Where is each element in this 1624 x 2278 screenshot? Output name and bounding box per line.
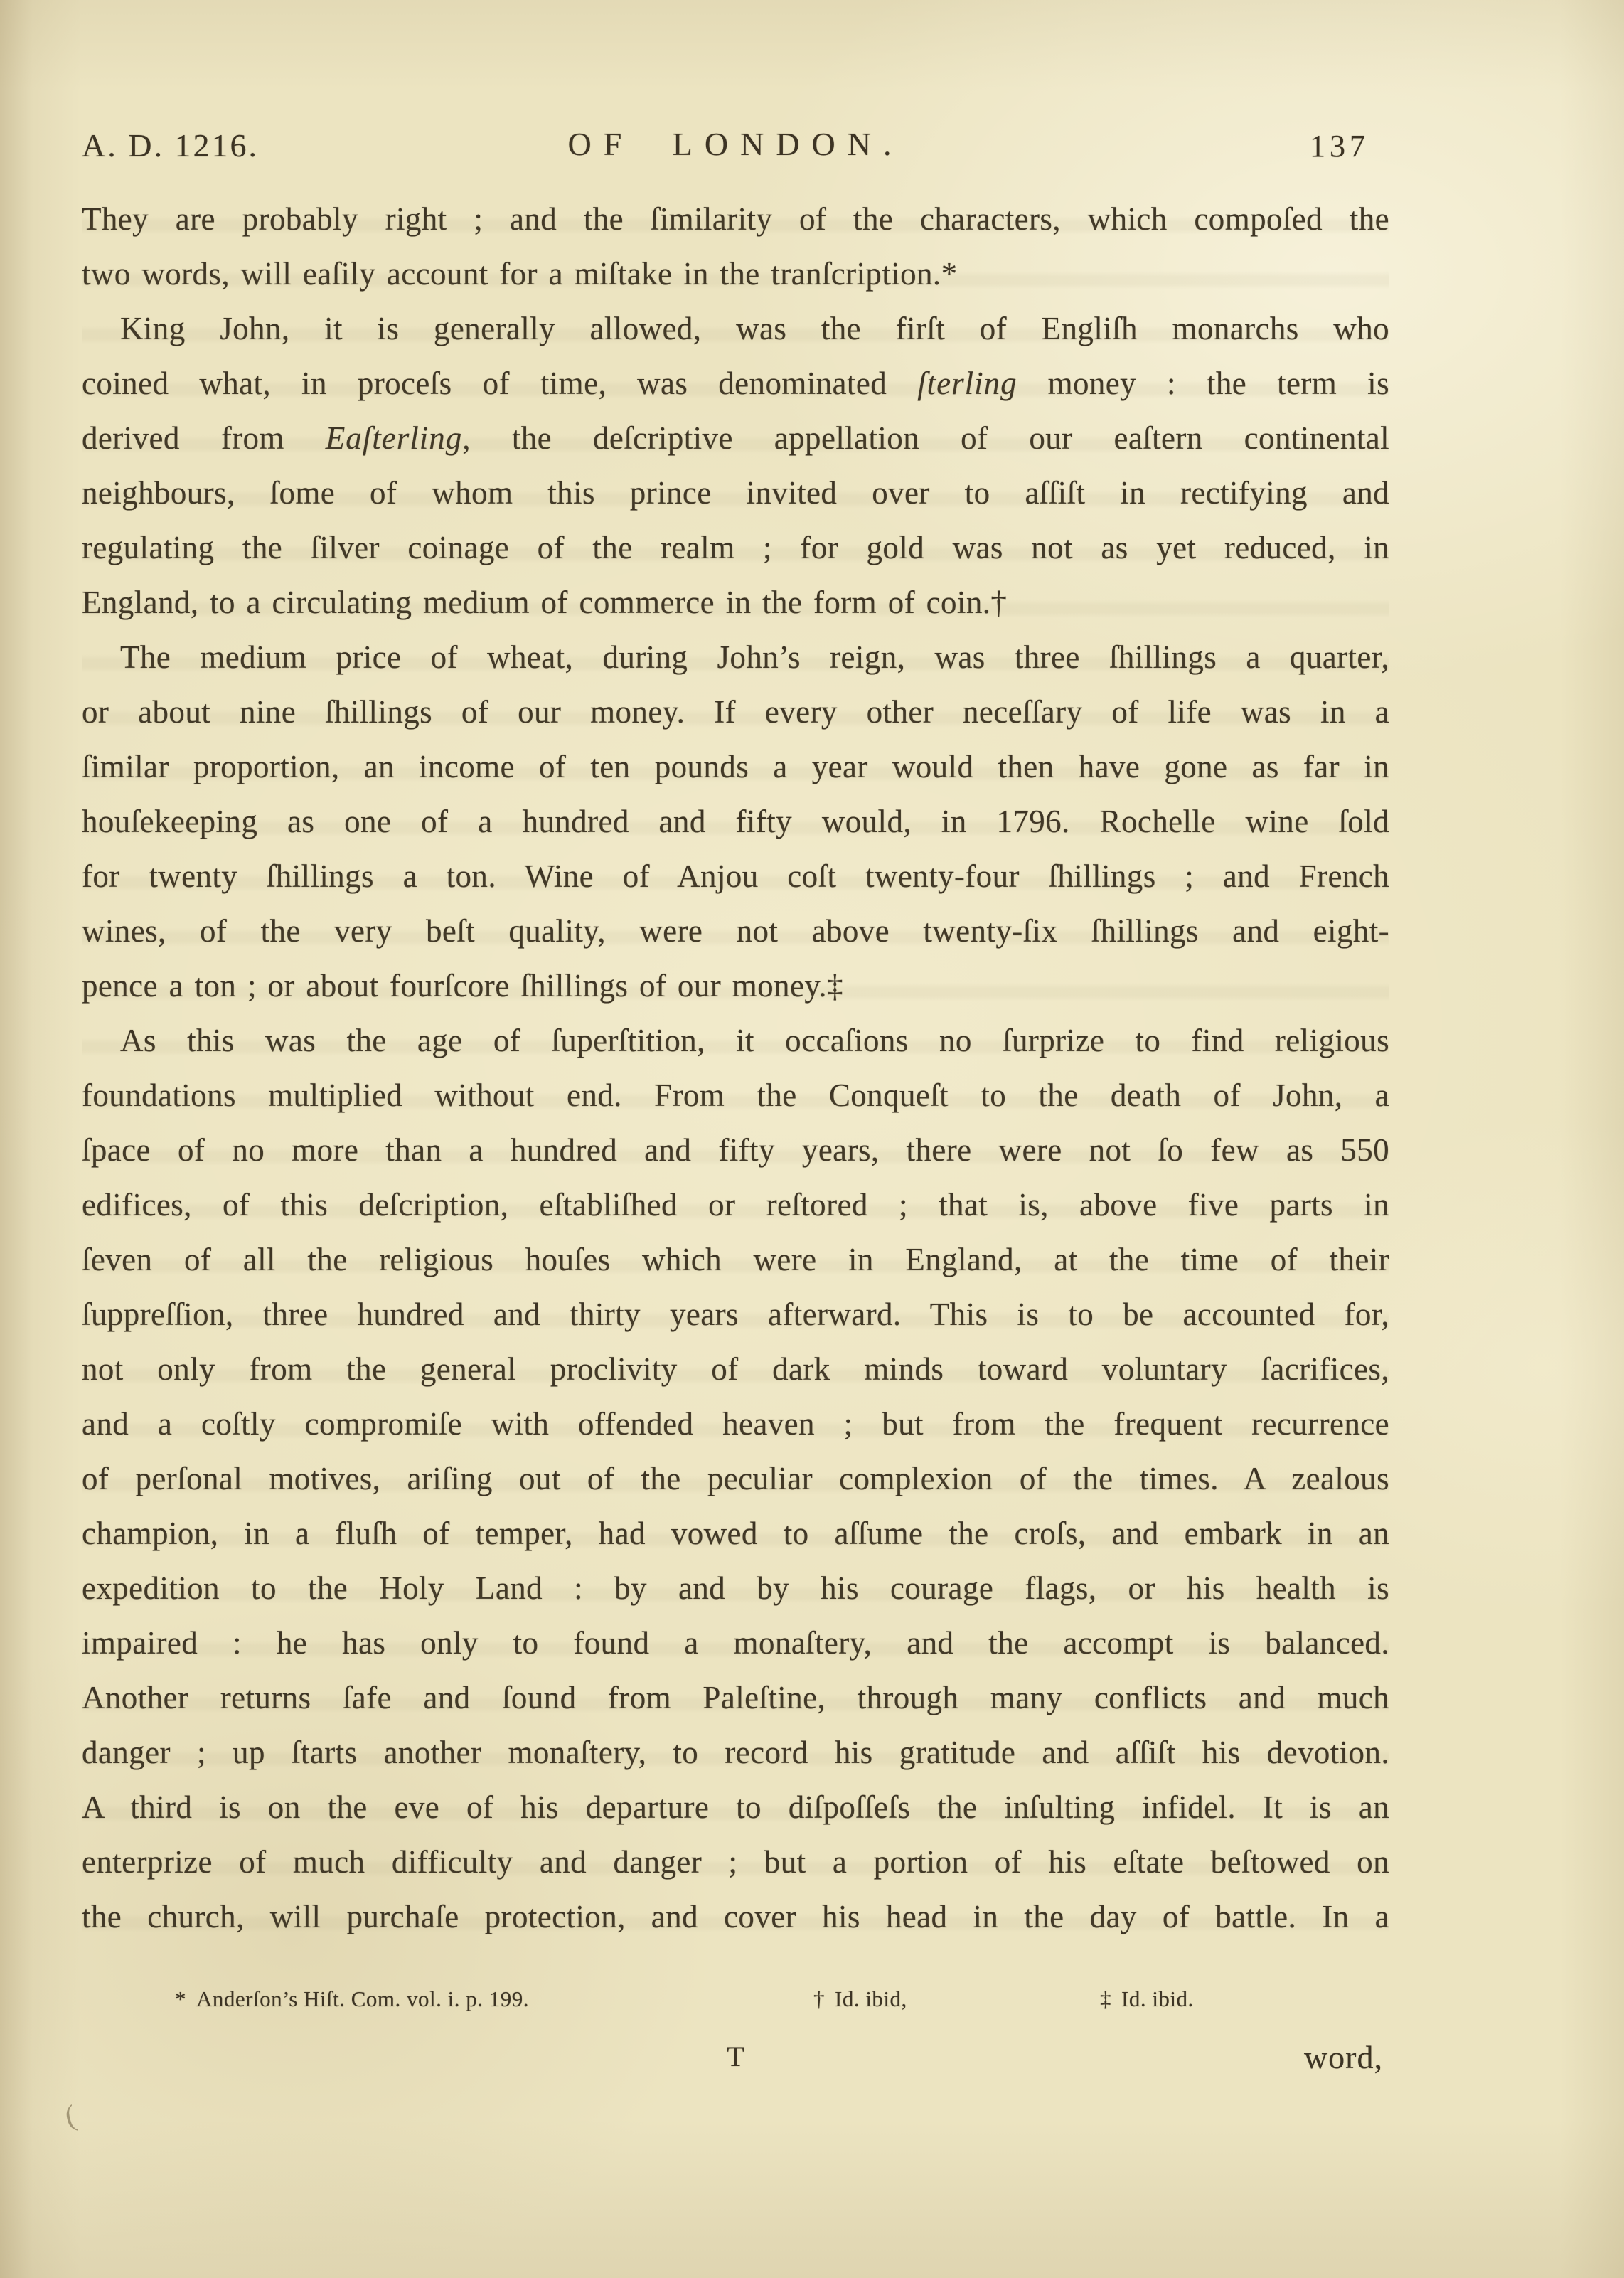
paragraph: The medium price of wheat, during John’s… xyxy=(82,630,1389,1013)
text-segment: edifices, of this deſcription, eſtabliſh… xyxy=(82,1187,1389,1223)
italic-text: ſterling xyxy=(917,366,1017,401)
pen-mark: ( xyxy=(61,2099,79,2134)
text-line: foundations multiplied without end. From… xyxy=(82,1068,1389,1123)
header-title: OF LONDON. xyxy=(568,125,904,163)
text-line: They are probably right ; and the ſimila… xyxy=(82,192,1389,247)
text-segment: ſpace of no more than a hundred and fift… xyxy=(82,1132,1389,1168)
text-segment: and a coſtly compromiſe with offended he… xyxy=(82,1406,1389,1442)
text-line: ſpace of no more than a hundred and fift… xyxy=(82,1123,1389,1178)
text-line: Another returns ſafe and ſound from Pale… xyxy=(82,1671,1389,1725)
text-segment: not only from the general proclivity of … xyxy=(82,1351,1389,1387)
text-segment: ſimilar proportion, an income of ten pou… xyxy=(82,749,1389,784)
text-line: ſuppreſſion, three hundred and thirty ye… xyxy=(82,1287,1389,1342)
text-segment: foundations multiplied without end. From… xyxy=(82,1077,1389,1113)
text-line: two words, will eaſily account for a miſ… xyxy=(82,247,1389,302)
text-line: champion, in a fluſh of temper, had vowe… xyxy=(82,1506,1389,1561)
footnotes: *Anderſon’s Hiſt. Com. vol. i. p. 199. †… xyxy=(82,1986,1389,2022)
text-segment: two words, will eaſily account for a miſ… xyxy=(82,256,957,292)
text-segment: ſeven of all the religious houſes which … xyxy=(82,1242,1389,1277)
text-line: houſekeeping as one of a hundred and fif… xyxy=(82,794,1389,849)
text-segment: expedition to the Holy Land : by and by … xyxy=(82,1570,1389,1606)
text-segment: A third is on the eve of his departure t… xyxy=(82,1789,1389,1825)
signature-mark: T xyxy=(82,2040,1389,2073)
text-line: As this was the age of ſuperſtition, it … xyxy=(82,1013,1389,1068)
text-segment: regulating the ſilver coinage of the rea… xyxy=(82,530,1389,565)
paragraph: As this was the age of ſuperſtition, it … xyxy=(82,1013,1389,1944)
text-line: the church, will purchaſe protection, an… xyxy=(82,1890,1389,1944)
text-line: not only from the general proclivity of … xyxy=(82,1342,1389,1397)
text-segment: As this was the age of ſuperſtition, it … xyxy=(120,1023,1389,1058)
text-line: impaired : he has only to found a monaſt… xyxy=(82,1616,1389,1671)
text-line: regulating the ſilver coinage of the rea… xyxy=(82,521,1389,575)
text-line: for twenty ſhillings a ton. Wine of Anjo… xyxy=(82,849,1389,904)
footnote-text: Anderſon’s Hiſt. Com. vol. i. p. 199. xyxy=(196,1986,529,2011)
body-text: They are probably right ; and the ſimila… xyxy=(82,192,1389,1944)
text-segment: champion, in a fluſh of temper, had vowe… xyxy=(82,1516,1389,1551)
footnote-marker: * xyxy=(175,1986,196,2011)
text-line: King John, it is generally allowed, was … xyxy=(82,302,1389,356)
text-line: pence a ton ; or about fourſcore ſhillin… xyxy=(82,959,1389,1013)
text-line: The medium price of wheat, during John’s… xyxy=(82,630,1389,685)
text-segment: money : the term is xyxy=(1017,366,1389,401)
footnote: ‡Id. ibid. xyxy=(1100,1986,1194,2012)
footnote-text: Id. ibid, xyxy=(835,1986,907,2011)
text-line: England, to a circulating medium of comm… xyxy=(82,575,1389,630)
text-line: or about nine ſhillings of our money. If… xyxy=(82,685,1389,740)
text-segment: derived from xyxy=(82,420,326,456)
paragraph: King John, it is generally allowed, was … xyxy=(82,302,1389,630)
italic-text: Eaſterling xyxy=(326,420,462,456)
text-segment: , the deſcriptive appellation of our eaſ… xyxy=(462,420,1389,456)
text-segment: for twenty ſhillings a ton. Wine of Anjo… xyxy=(82,858,1389,894)
text-line: danger ; up ſtarts another monaſtery, to… xyxy=(82,1725,1389,1780)
footnote: *Anderſon’s Hiſt. Com. vol. i. p. 199. xyxy=(175,1986,529,2012)
text-line: A third is on the eve of his departure t… xyxy=(82,1780,1389,1835)
header-date: A. D. 1216. xyxy=(82,127,259,164)
text-line: ſimilar proportion, an income of ten pou… xyxy=(82,740,1389,794)
text-line: derived from Eaſterling, the deſcriptive… xyxy=(82,411,1389,466)
page-number: 137 xyxy=(1310,128,1369,164)
footnote: †Id. ibid, xyxy=(813,1986,907,2012)
paragraph: They are probably right ; and the ſimila… xyxy=(82,192,1389,302)
text-segment: impaired : he has only to found a monaſt… xyxy=(82,1625,1389,1661)
text-line: ſeven of all the religious houſes which … xyxy=(82,1233,1389,1287)
text-line: neighbours, ſome of whom this prince inv… xyxy=(82,466,1389,521)
text-segment: The medium price of wheat, during John’s… xyxy=(120,639,1389,675)
text-line: edifices, of this deſcription, eſtabliſh… xyxy=(82,1178,1389,1233)
footnote-marker: ‡ xyxy=(1100,1986,1121,2011)
footnote-marker: † xyxy=(813,1986,835,2011)
text-segment: or about nine ſhillings of our money. If… xyxy=(82,694,1389,730)
text-segment: houſekeeping as one of a hundred and fif… xyxy=(82,804,1389,839)
text-line: enterprize of much difficulty and danger… xyxy=(82,1835,1389,1890)
text-line: of perſonal motives, ariſing out of the … xyxy=(82,1452,1389,1506)
text-segment: of perſonal motives, ariſing out of the … xyxy=(82,1461,1389,1496)
running-header: A. D. 1216. OF LONDON. 137 xyxy=(82,127,1389,169)
text-segment: danger ; up ſtarts another monaſtery, to… xyxy=(82,1735,1389,1770)
catchword: word, xyxy=(1304,2038,1383,2076)
text-line: wines, of the very beſt quality, were no… xyxy=(82,904,1389,959)
footnote-text: Id. ibid. xyxy=(1121,1986,1194,2011)
text-segment: pence a ton ; or about fourſcore ſhillin… xyxy=(82,968,843,1004)
text-line: and a coſtly compromiſe with offended he… xyxy=(82,1397,1389,1452)
text-segment: wines, of the very beſt quality, were no… xyxy=(82,913,1389,949)
text-segment: King John, it is generally allowed, was … xyxy=(120,311,1389,346)
text-line: coined what, in proceſs of time, was den… xyxy=(82,356,1389,411)
text-segment: They are probably right ; and the ſimila… xyxy=(82,201,1389,237)
book-page: A. D. 1216. OF LONDON. 137 They are prob… xyxy=(0,0,1624,2278)
text-segment: ſuppreſſion, three hundred and thirty ye… xyxy=(82,1297,1389,1332)
text-segment: Another returns ſafe and ſound from Pale… xyxy=(82,1680,1389,1715)
text-segment: England, to a circulating medium of comm… xyxy=(82,585,1007,620)
text-segment: enterprize of much difficulty and danger… xyxy=(82,1844,1389,1880)
text-line: expedition to the Holy Land : by and by … xyxy=(82,1561,1389,1616)
text-segment: the church, will purchaſe protection, an… xyxy=(82,1899,1389,1934)
text-segment: coined what, in proceſs of time, was den… xyxy=(82,366,917,401)
text-segment: neighbours, ſome of whom this prince inv… xyxy=(82,475,1389,511)
